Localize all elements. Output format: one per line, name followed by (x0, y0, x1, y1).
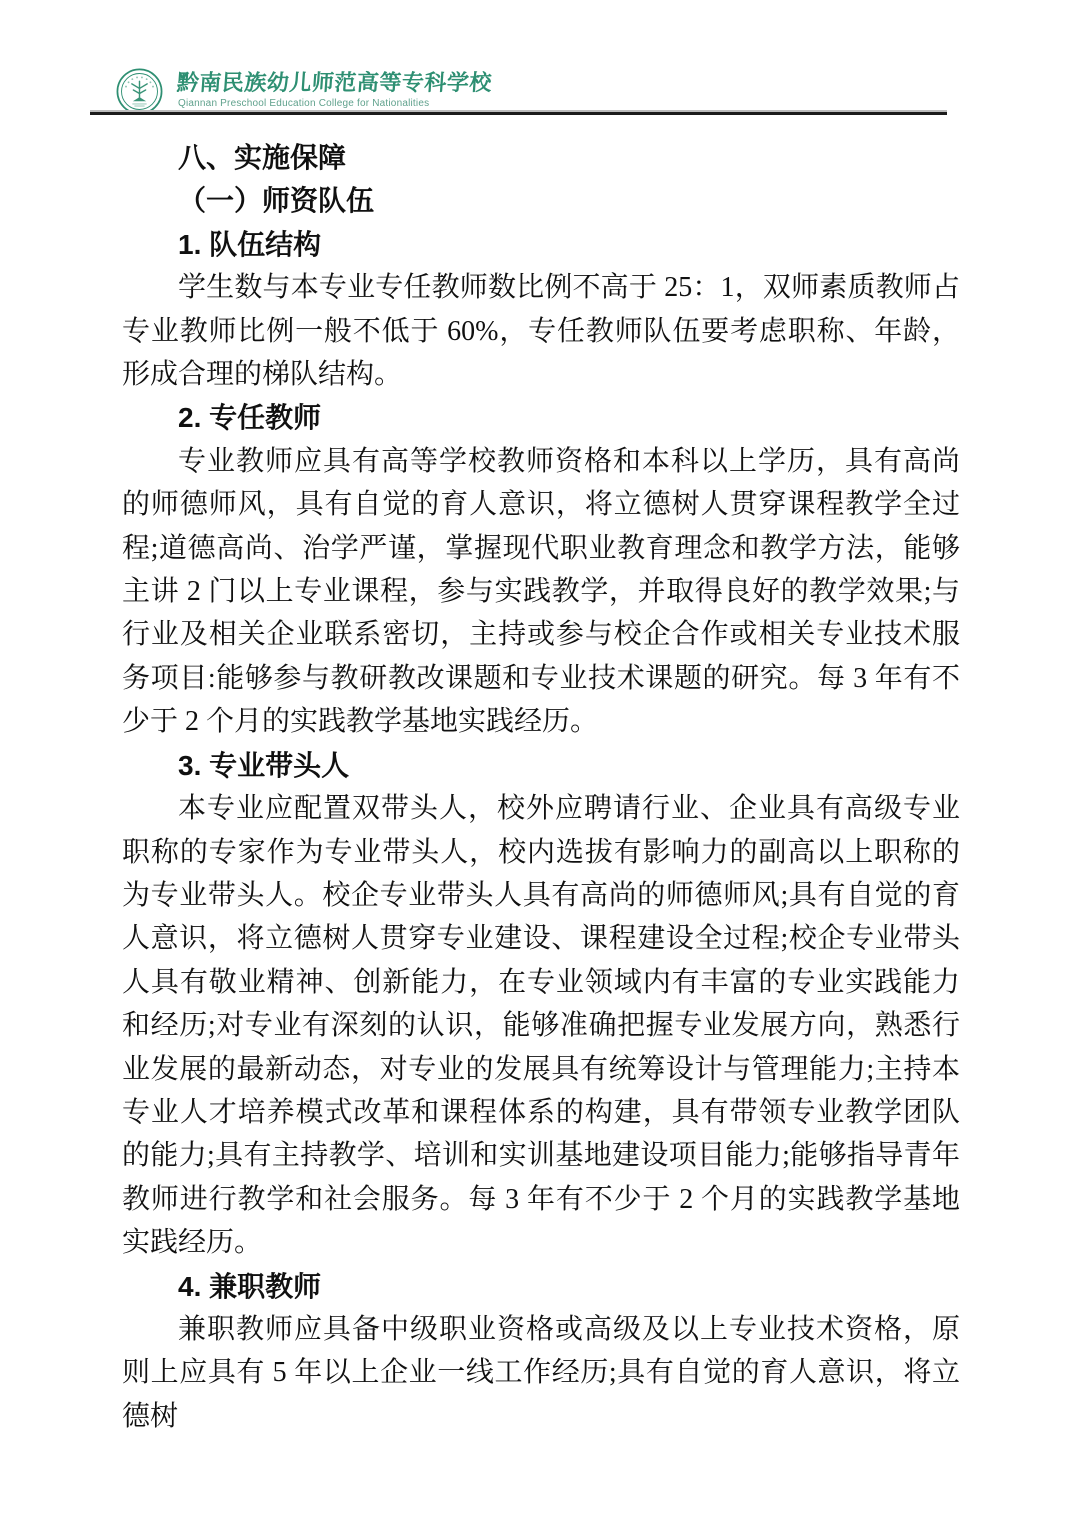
school-name-chinese: 黔南民族幼儿师范高等专科学校 (176, 66, 493, 97)
heading-fulltime-teachers: 2. 专任教师 (122, 396, 960, 439)
header-divider (90, 110, 947, 115)
paragraph-team-structure: 学生数与本专业专任教师数比例不高于 25：1，双师素质教师占专业教师比例一般不低… (122, 266, 960, 396)
school-name-english: Qiannan Preschool Education College for … (178, 98, 429, 109)
paragraph-parttime-teachers: 兼职教师应具备中级职业资格或高级及以上专业技术资格，原则上应具有 5 年以上企业… (122, 1308, 960, 1438)
paragraph-fulltime-teachers: 专业教师应具有高等学校教师资格和本科以上学历，具有高尚的师德师风，具有自觉的育人… (122, 440, 960, 744)
heading-team-structure: 1. 队伍结构 (122, 223, 960, 266)
school-seal-icon (116, 68, 163, 115)
document-body: 八、实施保障 （一）师资队伍 1. 队伍结构 学生数与本专业专任教师数比例不高于… (122, 136, 960, 1438)
section-heading-implementation-guarantee: 八、实施保障 (122, 136, 960, 179)
subsection-heading-faculty-team: （一）师资队伍 (122, 179, 960, 222)
paragraph-program-leaders: 本专业应配置双带头人，校外应聘请行业、企业具有高级专业职称的专家作为专业带头人，… (122, 787, 960, 1264)
document-page: 黔南民族幼儿师范高等专科学校 Qiannan Preschool Educati… (0, 0, 1074, 1520)
heading-program-leaders: 3. 专业带头人 (122, 744, 960, 787)
heading-parttime-teachers: 4. 兼职教师 (122, 1265, 960, 1308)
